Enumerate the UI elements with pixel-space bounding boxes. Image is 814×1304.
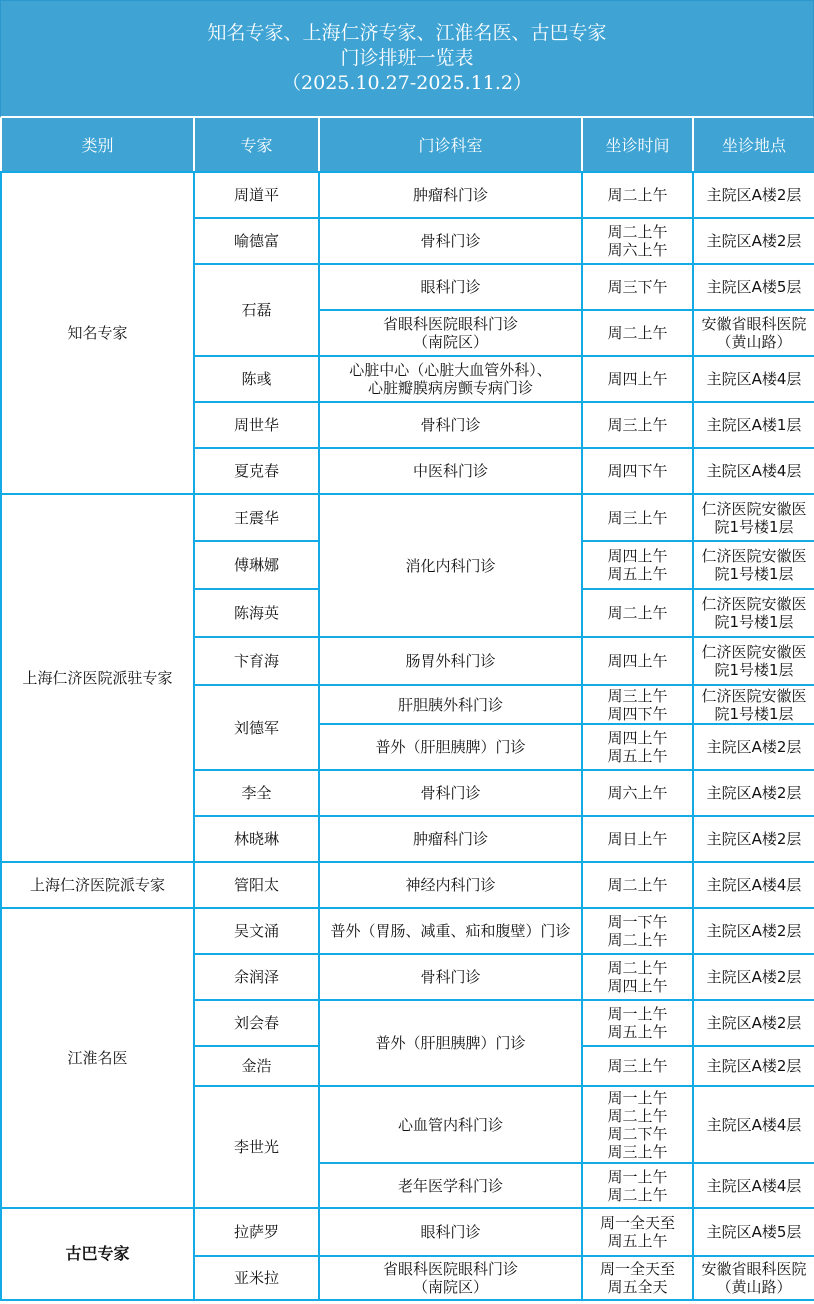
time-cell: 周二上午周六上午 bbox=[582, 218, 693, 264]
header-location: 坐诊地点 bbox=[693, 118, 814, 172]
time-line: 周二上午 bbox=[585, 223, 690, 241]
expert-name: 石磊 bbox=[194, 264, 319, 356]
department-cell: 骨科门诊 bbox=[319, 402, 582, 448]
department-cell: 肿瘤科门诊 bbox=[319, 816, 582, 862]
place-line: 院1号楼1层 bbox=[696, 705, 812, 723]
time-line: 周四下午 bbox=[585, 705, 690, 723]
time-cell: 周三上午周四下午 bbox=[582, 685, 693, 724]
location-cell: 主院区A楼2层 bbox=[693, 1046, 814, 1086]
department-cell: 眼科门诊 bbox=[319, 1208, 582, 1256]
expert-name: 陈海英 bbox=[194, 589, 319, 637]
department-cell: 神经内科门诊 bbox=[319, 862, 582, 908]
location-cell: 仁济医院安徽医院1号楼1层 bbox=[693, 685, 814, 724]
location-cell: 主院区A楼4层 bbox=[693, 448, 814, 494]
time-line: 周五上午 bbox=[585, 565, 690, 583]
department-cell: 心血管内科门诊 bbox=[319, 1086, 582, 1163]
header-expert: 专家 bbox=[194, 118, 319, 172]
place-line: 仁济医院安徽医 bbox=[696, 643, 812, 661]
time-line: 周一全天至 bbox=[585, 1214, 690, 1232]
place-line: 仁济医院安徽医 bbox=[696, 500, 812, 518]
expert-name: 吴文涌 bbox=[194, 908, 319, 954]
table-row: 知名专家 周道平 肿瘤科门诊 周二上午 主院区A楼2层 bbox=[1, 172, 814, 218]
department-cell: 普外（肝胆胰脾）门诊 bbox=[319, 1000, 582, 1086]
category-cell: 上海仁济医院派驻专家 bbox=[1, 494, 194, 862]
place-line: 院1号楼1层 bbox=[696, 518, 812, 536]
time-line: 周二上午 bbox=[585, 1186, 690, 1204]
location-cell: 安徽省眼科医院（黄山路） bbox=[693, 310, 814, 356]
place-line: （黄山路） bbox=[696, 333, 812, 351]
title-date-range: （2025.10.27-2025.11.2） bbox=[282, 71, 532, 96]
time-line: 周四上午 bbox=[585, 729, 690, 747]
table-row: 古巴专家 拉萨罗 眼科门诊 周一全天至周五上午 主院区A楼5层 bbox=[1, 1208, 814, 1256]
time-cell: 周四上午周五上午 bbox=[582, 541, 693, 589]
department-cell: 肿瘤科门诊 bbox=[319, 172, 582, 218]
time-cell: 周三上午 bbox=[582, 402, 693, 448]
category-cell: 上海仁济医院派专家 bbox=[1, 862, 194, 908]
time-cell: 周二上午周四上午 bbox=[582, 954, 693, 1000]
table-row: 上海仁济医院派驻专家 王震华 消化内科门诊 周三上午 仁济医院安徽医院1号楼1层 bbox=[1, 494, 814, 541]
department-cell: 眼科门诊 bbox=[319, 264, 582, 310]
expert-name: 金浩 bbox=[194, 1046, 319, 1086]
place-line: 安徽省眼科医院 bbox=[696, 1260, 812, 1278]
department-cell: 骨科门诊 bbox=[319, 954, 582, 1000]
table-row: 上海仁济医院派专家 管阳太 神经内科门诊 周二上午 主院区A楼4层 bbox=[1, 862, 814, 908]
time-line: 周四上午 bbox=[585, 977, 690, 995]
category-cell: 古巴专家 bbox=[1, 1208, 194, 1300]
expert-name: 余润泽 bbox=[194, 954, 319, 1000]
location-cell: 主院区A楼2层 bbox=[693, 954, 814, 1000]
time-cell: 周一上午周二上午 bbox=[582, 1163, 693, 1208]
dept-line: （南院区） bbox=[322, 1278, 579, 1296]
location-cell: 仁济医院安徽医院1号楼1层 bbox=[693, 589, 814, 637]
department-cell: 省眼科医院眼科门诊（南院区） bbox=[319, 1256, 582, 1300]
place-line: 院1号楼1层 bbox=[696, 565, 812, 583]
time-cell: 周日上午 bbox=[582, 816, 693, 862]
time-cell: 周一全天至周五全天 bbox=[582, 1256, 693, 1300]
location-cell: 安徽省眼科医院（黄山路） bbox=[693, 1256, 814, 1300]
location-cell: 仁济医院安徽医院1号楼1层 bbox=[693, 541, 814, 589]
time-cell: 周一全天至周五上午 bbox=[582, 1208, 693, 1256]
expert-name: 陈彧 bbox=[194, 356, 319, 402]
time-line: 周二上午 bbox=[585, 959, 690, 977]
title-line-1: 知名专家、上海仁济专家、江淮名医、古巴专家 bbox=[207, 21, 606, 46]
time-line: 周五上午 bbox=[585, 747, 690, 765]
location-cell: 主院区A楼4层 bbox=[693, 862, 814, 908]
location-cell: 仁济医院安徽医院1号楼1层 bbox=[693, 637, 814, 685]
table-row: 江淮名医 吴文涌 普外（胃肠、减重、疝和腹壁）门诊 周一下午周二上午 主院区A楼… bbox=[1, 908, 814, 954]
department-cell: 肠胃外科门诊 bbox=[319, 637, 582, 685]
expert-name: 拉萨罗 bbox=[194, 1208, 319, 1256]
time-cell: 周三上午 bbox=[582, 494, 693, 541]
dept-line: 省眼科医院眼科门诊 bbox=[322, 1260, 579, 1278]
location-cell: 主院区A楼5层 bbox=[693, 264, 814, 310]
schedule-title: 知名专家、上海仁济专家、江淮名医、古巴专家 门诊排班一览表 （2025.10.2… bbox=[0, 0, 814, 118]
department-cell: 普外（肝胆胰脾）门诊 bbox=[319, 724, 582, 770]
location-cell: 仁济医院安徽医院1号楼1层 bbox=[693, 494, 814, 541]
time-cell: 周三上午 bbox=[582, 1046, 693, 1086]
expert-name: 刘会春 bbox=[194, 1000, 319, 1046]
time-line: 周二下午 bbox=[585, 1125, 690, 1143]
place-line: 院1号楼1层 bbox=[696, 613, 812, 631]
dept-line: 心脏中心（心脏大血管外科）、 bbox=[322, 361, 579, 379]
time-line: 周一上午 bbox=[585, 1005, 690, 1023]
time-cell: 周二上午 bbox=[582, 310, 693, 356]
category-cell: 知名专家 bbox=[1, 172, 194, 494]
location-cell: 主院区A楼4层 bbox=[693, 1086, 814, 1163]
time-line: 周三上午 bbox=[585, 687, 690, 705]
expert-name: 卞育海 bbox=[194, 637, 319, 685]
expert-name: 李全 bbox=[194, 770, 319, 816]
expert-name: 夏克春 bbox=[194, 448, 319, 494]
time-cell: 周四下午 bbox=[582, 448, 693, 494]
location-cell: 主院区A楼2层 bbox=[693, 724, 814, 770]
expert-name: 傅琳娜 bbox=[194, 541, 319, 589]
department-cell: 省眼科医院眼科门诊（南院区） bbox=[319, 310, 582, 356]
place-line: 安徽省眼科医院 bbox=[696, 315, 812, 333]
time-cell: 周一上午周二上午周二下午周三上午 bbox=[582, 1086, 693, 1163]
place-line: 院1号楼1层 bbox=[696, 661, 812, 679]
expert-name: 王震华 bbox=[194, 494, 319, 541]
dept-line: 心脏瓣膜病房颤专病门诊 bbox=[322, 379, 579, 397]
place-line: 仁济医院安徽医 bbox=[696, 547, 812, 565]
expert-name: 李世光 bbox=[194, 1086, 319, 1208]
time-line: 周一下午 bbox=[585, 913, 690, 931]
department-cell: 心脏中心（心脏大血管外科）、心脏瓣膜病房颤专病门诊 bbox=[319, 356, 582, 402]
location-cell: 主院区A楼1层 bbox=[693, 402, 814, 448]
header-time: 坐诊时间 bbox=[582, 118, 693, 172]
time-line: 周五上午 bbox=[585, 1232, 690, 1250]
location-cell: 主院区A楼4层 bbox=[693, 1163, 814, 1208]
expert-name: 周世华 bbox=[194, 402, 319, 448]
department-cell: 老年医学科门诊 bbox=[319, 1163, 582, 1208]
title-line-2: 门诊排班一览表 bbox=[340, 46, 473, 71]
location-cell: 主院区A楼2层 bbox=[693, 1000, 814, 1046]
department-cell: 肝胆胰外科门诊 bbox=[319, 685, 582, 724]
place-line: 仁济医院安徽医 bbox=[696, 687, 812, 705]
time-line: 周一上午 bbox=[585, 1168, 690, 1186]
expert-name: 林晓琳 bbox=[194, 816, 319, 862]
location-cell: 主院区A楼2层 bbox=[693, 908, 814, 954]
location-cell: 主院区A楼2层 bbox=[693, 770, 814, 816]
department-cell: 普外（胃肠、减重、疝和腹壁）门诊 bbox=[319, 908, 582, 954]
time-line: 周五全天 bbox=[585, 1278, 690, 1296]
time-cell: 周四上午 bbox=[582, 637, 693, 685]
time-cell: 周六上午 bbox=[582, 770, 693, 816]
dept-line: 省眼科医院眼科门诊 bbox=[322, 315, 579, 333]
department-cell: 骨科门诊 bbox=[319, 218, 582, 264]
expert-name: 亚米拉 bbox=[194, 1256, 319, 1300]
schedule-table: 类别 专家 门诊科室 坐诊时间 坐诊地点 知名专家 周道平 肿瘤科门诊 周二上午… bbox=[0, 118, 814, 1301]
expert-name: 管阳太 bbox=[194, 862, 319, 908]
time-cell: 周三下午 bbox=[582, 264, 693, 310]
time-cell: 周四上午 bbox=[582, 356, 693, 402]
place-line: （黄山路） bbox=[696, 1278, 812, 1296]
location-cell: 主院区A楼4层 bbox=[693, 356, 814, 402]
location-cell: 主院区A楼5层 bbox=[693, 1208, 814, 1256]
time-line: 周二上午 bbox=[585, 1107, 690, 1125]
time-cell: 周二上午 bbox=[582, 589, 693, 637]
time-cell: 周一下午周二上午 bbox=[582, 908, 693, 954]
time-line: 周二上午 bbox=[585, 931, 690, 949]
dept-line: （南院区） bbox=[322, 333, 579, 351]
time-line: 周一全天至 bbox=[585, 1260, 690, 1278]
department-cell: 骨科门诊 bbox=[319, 770, 582, 816]
department-cell: 中医科门诊 bbox=[319, 448, 582, 494]
expert-name: 刘德军 bbox=[194, 685, 319, 770]
time-line: 周一上午 bbox=[585, 1089, 690, 1107]
time-line: 周四上午 bbox=[585, 547, 690, 565]
time-cell: 周四上午周五上午 bbox=[582, 724, 693, 770]
time-line: 周五上午 bbox=[585, 1023, 690, 1041]
time-cell: 周一上午周五上午 bbox=[582, 1000, 693, 1046]
time-line: 周六上午 bbox=[585, 241, 690, 259]
expert-name: 喻德富 bbox=[194, 218, 319, 264]
place-line: 仁济医院安徽医 bbox=[696, 595, 812, 613]
expert-name: 周道平 bbox=[194, 172, 319, 218]
category-cell: 江淮名医 bbox=[1, 908, 194, 1208]
time-cell: 周二上午 bbox=[582, 172, 693, 218]
location-cell: 主院区A楼2层 bbox=[693, 218, 814, 264]
header-category: 类别 bbox=[1, 118, 194, 172]
table-header-row: 类别 专家 门诊科室 坐诊时间 坐诊地点 bbox=[1, 118, 814, 172]
location-cell: 主院区A楼2层 bbox=[693, 816, 814, 862]
department-cell: 消化内科门诊 bbox=[319, 494, 582, 637]
time-line: 周三上午 bbox=[585, 1143, 690, 1161]
time-cell: 周二上午 bbox=[582, 862, 693, 908]
header-department: 门诊科室 bbox=[319, 118, 582, 172]
location-cell: 主院区A楼2层 bbox=[693, 172, 814, 218]
